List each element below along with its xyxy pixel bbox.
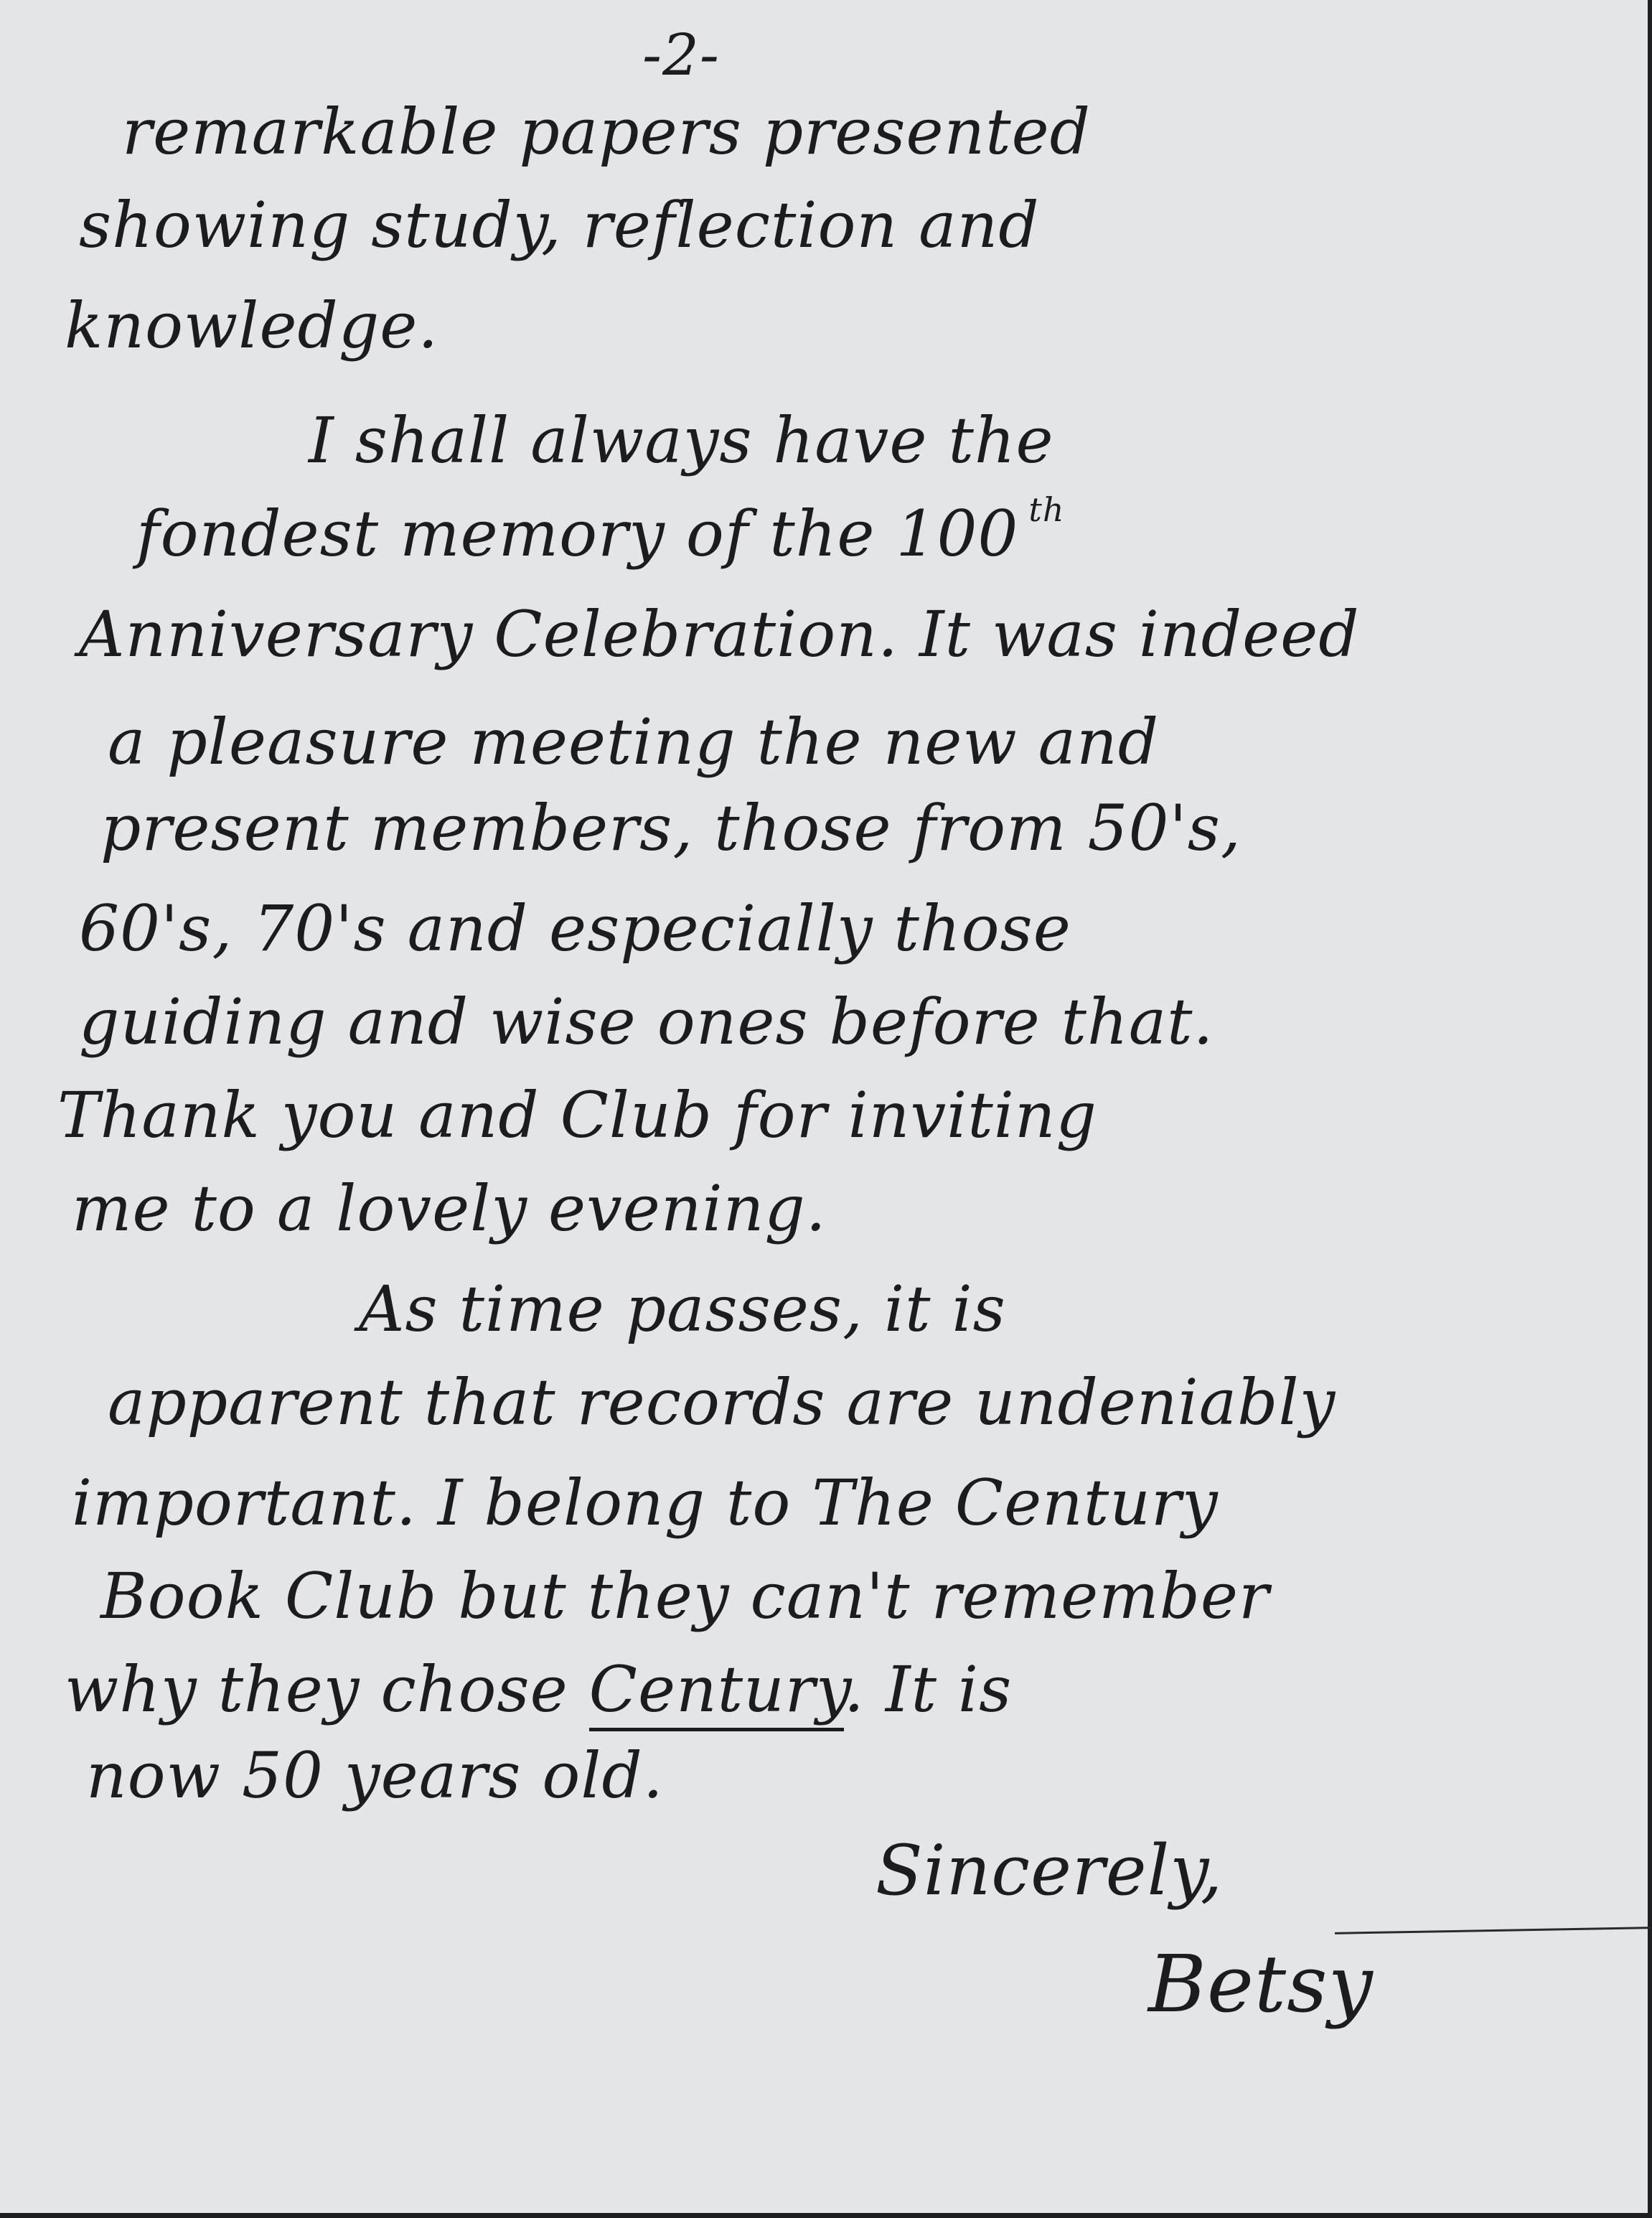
page-number: -2-	[642, 22, 720, 88]
ordinal-suffix: th	[1028, 490, 1064, 529]
letter-line: showing study, reflection and	[79, 194, 1040, 257]
letter-line-with-ordinal: fondest memory of the 100th	[136, 502, 1065, 566]
letter-line: now 50 years old.	[86, 1744, 664, 1807]
letter-line: important. I belong to The Century	[72, 1471, 1219, 1535]
letter-line: guiding and wise ones before that.	[79, 991, 1214, 1054]
letter-line: me to a lovely evening.	[72, 1177, 827, 1240]
letter-line: knowledge.	[65, 294, 438, 357]
letter-line: Thank you and Club for inviting	[57, 1084, 1097, 1147]
letter-line-century: why they chose Century. It is	[65, 1658, 1012, 1721]
letter-line: present members, those from 50's,	[100, 797, 1242, 860]
letter-page: -2- remarkable papers presented showing …	[0, 0, 1648, 2213]
letter-line: apparent that records are undeniably	[108, 1371, 1336, 1434]
closing: Sincerely,	[876, 1830, 1223, 1911]
letter-line: Anniversary Celebration. It was indeed	[79, 603, 1360, 666]
letter-line: remarkable papers presented	[122, 100, 1091, 164]
signature-flourish	[1335, 1927, 1651, 1934]
letter-line: As time passes, it is	[359, 1278, 1006, 1341]
letter-line: 60's, 70's and especially those	[79, 897, 1071, 960]
letter-line: Book Club but they can't remember	[100, 1565, 1269, 1628]
underlined-word: Century	[589, 1652, 844, 1731]
letter-line-text: . It is	[844, 1652, 1012, 1726]
letter-line: a pleasure meeting the new and	[108, 711, 1159, 774]
letter-line-text: why they chose	[65, 1652, 568, 1726]
letter-line: I shall always have the	[309, 409, 1054, 472]
letter-line-text: fondest memory of the 100	[136, 497, 1018, 571]
signature: Betsy	[1148, 1938, 1374, 2030]
